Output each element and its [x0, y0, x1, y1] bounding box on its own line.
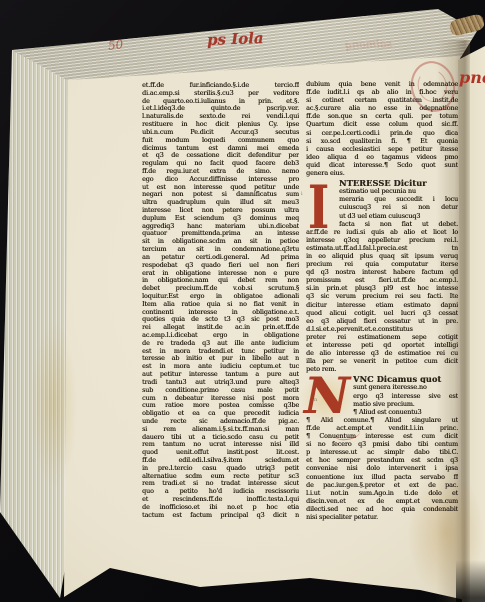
text-line: si xo.scd qualiter.in fi. ¶ Et quonia	[306, 137, 458, 145]
drop-cap-initial-n: N	[300, 373, 354, 419]
text-line: si rem alienam.i.§.si.tx.ff.man.si man	[142, 426, 299, 434]
text-line: debet precium.ff.de v.ob.si scrutum.§	[142, 285, 299, 293]
text-line: Item alia ratioe quia si no fiat venit i…	[142, 301, 299, 309]
text-line: tradi tantu3 aut utriq3.und pure alteq3	[142, 379, 299, 387]
text-line: eo q3 aliqud fieri cessatur ut in pre.	[306, 317, 458, 325]
text-line: et hoc semper prestandum est scdm q3	[306, 456, 458, 464]
text-line: est in mora ante iudiciu ceptum.et tuc	[142, 363, 299, 371]
text-line: quo a petito ho'd iudicia rescissoriu	[142, 488, 299, 496]
right-column-intro: dubium quia bene venit in odemnatoeff.de…	[306, 80, 458, 177]
text-line: discin.ven.et ex de empt.et ven.cum	[306, 497, 458, 505]
text-line: dubium quia bene venit in odemnatoe	[306, 80, 458, 88]
text-line: ac.§.curare alia no esse in odepnatione	[306, 104, 458, 112]
text-line: sub conditione.primo casu male petit	[142, 387, 299, 395]
text-line: si no fecero q3 pmisi dabo tibi centum	[306, 440, 458, 448]
text-line: et rescindens.ff.de inoffic.testa.l.qui	[142, 496, 299, 504]
text-line: dilecti.sed nec ad hoc quia condenabit	[306, 505, 458, 513]
text-line: conveniae nisi dolo intervenerit i ipsa	[306, 464, 458, 472]
text-line: teresse ab initio et pur in libello aut …	[142, 355, 299, 363]
text-line: conuentione iux illud pacta servabo ff	[306, 473, 458, 481]
text-line: qd q3 nostra interest habere factum qd	[306, 268, 458, 276]
text-line: unde recte sic ademacio.ff.de pig.ac.	[142, 418, 299, 426]
text-line: continenti interesse in obligatione.e.t.	[142, 309, 299, 317]
book-photograph: 50 ps Iola salmonq pne et.ff.de fur.infi…	[0, 0, 485, 602]
text-line: aggrediq3 hanc materiam ubi.n.dicebat	[142, 223, 299, 231]
section-nunc: N n VNC Dicamus quot sunt genera iteress…	[306, 375, 458, 521]
text-line: dicimus tantum est damni mei emeda	[142, 145, 299, 153]
drop-cap-initial-i: I	[308, 180, 329, 236]
text-line: in pre.l.tercio casu quado utriq3 petit	[142, 465, 299, 473]
text-line: aut petitur interesse tantum a pure aut	[142, 371, 299, 379]
text-line: quod uenit.offut instit.post lit.cest.	[142, 449, 299, 457]
text-line: quatuor premittenda.prima an intesse	[142, 230, 299, 238]
text-line: cum n debeatur iteresse nisi post mora	[142, 395, 299, 403]
left-text-column: et.ff.de fur.inficiando.§.i.de tercio.ff…	[142, 82, 299, 520]
section-body-lines: ¶ Alid comune.¶ Aliud singulare utff.de …	[306, 416, 458, 521]
text-line: l.i.ut not.in sum.Ago.in ti.de dolo et	[306, 489, 458, 497]
text-line: rei allegat instit.de ac.in prin.et.ff.d…	[142, 324, 299, 332]
text-line: i causa ecclesiastici sepe petitur itess…	[306, 145, 458, 153]
text-line: nisi specialiter petatur.	[306, 513, 458, 521]
text-line: in eo aliquid plus quaq sit ipsum veruq	[306, 252, 458, 260]
ink-bleedthrough-text: salmonq	[345, 37, 392, 52]
text-line: ideo aliqua d eo tagamus videos pmo	[306, 153, 458, 161]
text-line: an petatur certi.odi.general. Ad prima	[142, 254, 299, 262]
text-line: dicitur interesse etiam estimato dapni	[306, 301, 458, 309]
text-line: ultra quadruplum quin illud sit meu3	[142, 199, 299, 207]
text-line: illa per se venerit in petitoe cum dicit	[306, 357, 458, 365]
text-line: obligatio et ea ca que precedit iudicia	[142, 410, 299, 418]
text-line: ff.de edil.edi.l.silva.§.item sciedum.et	[142, 457, 299, 465]
text-line: tercium an sit in condemnatione.q3rtu	[142, 246, 299, 254]
text-line: quod alicui cotigit. uel lucri q3 cessat	[306, 309, 458, 317]
text-line: de pac.iur.gen.§.pretor et ext de pac.	[306, 481, 458, 489]
text-line: ff.de regu.iur.et extra de simo. nemo	[142, 168, 299, 176]
folio-mark: 50	[107, 37, 124, 53]
text-line: d.l.si.et.e.pervenit.et.e.constitutus	[306, 325, 458, 333]
text-line: ¶ Conuentum interesse est cum dicit	[306, 432, 458, 440]
text-line: fuit modum loquedi communem quo	[142, 137, 299, 145]
text-line: si cer.pe.l.certi.codi.i prin.de quo dic…	[306, 129, 458, 137]
text-line: ff.de act.empt.et vendit.l.i.in princ.	[306, 424, 458, 432]
text-line: in obligatione.nam qui debet rem non	[142, 277, 299, 285]
text-line: negari non potest si damnificatus sum	[142, 191, 299, 199]
text-line: ego dico Accur.diffinisse interesse pro	[142, 176, 299, 184]
text-line: rem tantum no ucrat interesse nisi illd	[142, 441, 299, 449]
text-line: promissum est fieri.ut.ff.de ac.emp.l.	[306, 276, 458, 284]
text-line: cum ratioe more postea comisse q3be	[142, 402, 299, 410]
text-line: ac.emp.l.i.dicebat ergo in obligatione	[142, 332, 299, 340]
text-line: respodebat q3 quado fieri uel non fieri	[142, 262, 299, 270]
text-line: ut est non interesse quod petitur unde	[142, 184, 299, 192]
text-line: ff.de iudit.l.i qs ab alio in fi.hoc ver…	[306, 88, 458, 96]
text-line: de inofficioso.et ibi no.et p hoc etia	[142, 504, 299, 512]
text-line: si.in prin.et plusq3 pl9 est hoc intesse	[306, 284, 458, 292]
text-line: dauero tibi ut a ticio.scdo casu cu peti…	[142, 434, 299, 442]
text-line: et q3 de cessatione dicit defenditur per	[142, 152, 299, 160]
text-line: loquitur.Est ergo in obligatoe adionali	[142, 293, 299, 301]
facing-page-rubric: pne	[459, 68, 485, 87]
guide-letter-n: n	[314, 397, 317, 403]
facing-page-shadow	[456, 560, 485, 602]
text-line: ff.de son.que sn certa quli. per totum	[306, 112, 458, 120]
text-line: de quarto.eo.ti.iulianus in prin. et.§.	[142, 98, 299, 106]
section-body-lines: ar.ff.de re iudi.si quis ab alio et lice…	[306, 228, 458, 374]
right-text-column: dubium quia bene venit in odemnatoeff.de…	[306, 80, 458, 521]
text-line: de alio interesse q3 de estimatioe rei c…	[306, 349, 458, 357]
text-line: l.naturalis.de sexto.de rei vendi.l.qui	[142, 113, 299, 121]
text-line: regulam qui no facit quod facere deb3	[142, 160, 299, 168]
text-line: rem tradi.et si no tradat interesse sicu…	[142, 480, 299, 488]
text-line: p interesse.ut ac simplr dabo tibi.C.	[306, 448, 458, 456]
text-line: duplum Est sciendum q3 dominus meq	[142, 215, 299, 223]
text-line: di.ac.emp.si sterilis.§.cu3 per veditore	[142, 90, 299, 98]
text-line: i.et.l.ideq3.de quinto.de pscrip.ver.	[142, 105, 299, 113]
text-line: et interesse peti qd oportet intelligi	[306, 341, 458, 349]
section-interesse: I i NTERESSE Dicitur estimatio uel pecun…	[306, 179, 458, 373]
text-line: si cotinet certam quatitatem instit.de	[306, 96, 458, 104]
text-line: tactum est factum principal q3 dicit n	[142, 512, 299, 520]
text-line: ubi.n.cum Pe.dicit Accur.q3 secutus	[142, 129, 299, 137]
text-line: estimata.ut.ff.ad.l.fal.l.precia.est tn	[306, 244, 458, 252]
text-line: et.ff.de fur.inficiando.§.i.de tercio.ff	[142, 82, 299, 90]
text-line: quid dicat interesse.¶ Scdo quot sunt	[306, 161, 458, 169]
text-line: Quartum dicit esse colum quod sic.ff.	[306, 120, 458, 128]
text-line: interesse licet non petere possum ultra	[142, 207, 299, 215]
text-line: restituere in hoc dicit plenius Cy. ipse	[142, 121, 299, 129]
text-line: preter rei estimationem sepe cotigit	[306, 333, 458, 341]
guide-letter-i: i	[301, 191, 303, 197]
text-line: precium rei quia computatur iterse	[306, 260, 458, 268]
text-line: de re tradeda q3 aut ille ante iudicium	[142, 340, 299, 348]
text-line: est in mora tradendi.et tunc petitur in	[142, 348, 299, 356]
text-line: quoties quia de scto t3 q3 sic post mo3	[142, 316, 299, 324]
text-line: q3 sic verum precium rei seu facti. Ite	[306, 292, 458, 300]
text-line: alternatiue scdm eum recte petitur sc3	[142, 473, 299, 481]
text-line: sit in obligatione.scdm an sit in petioe	[142, 238, 299, 246]
rubric-header-title: ps Iola	[207, 29, 264, 49]
text-line: erat in obligatione interesse non e pure	[142, 270, 299, 278]
